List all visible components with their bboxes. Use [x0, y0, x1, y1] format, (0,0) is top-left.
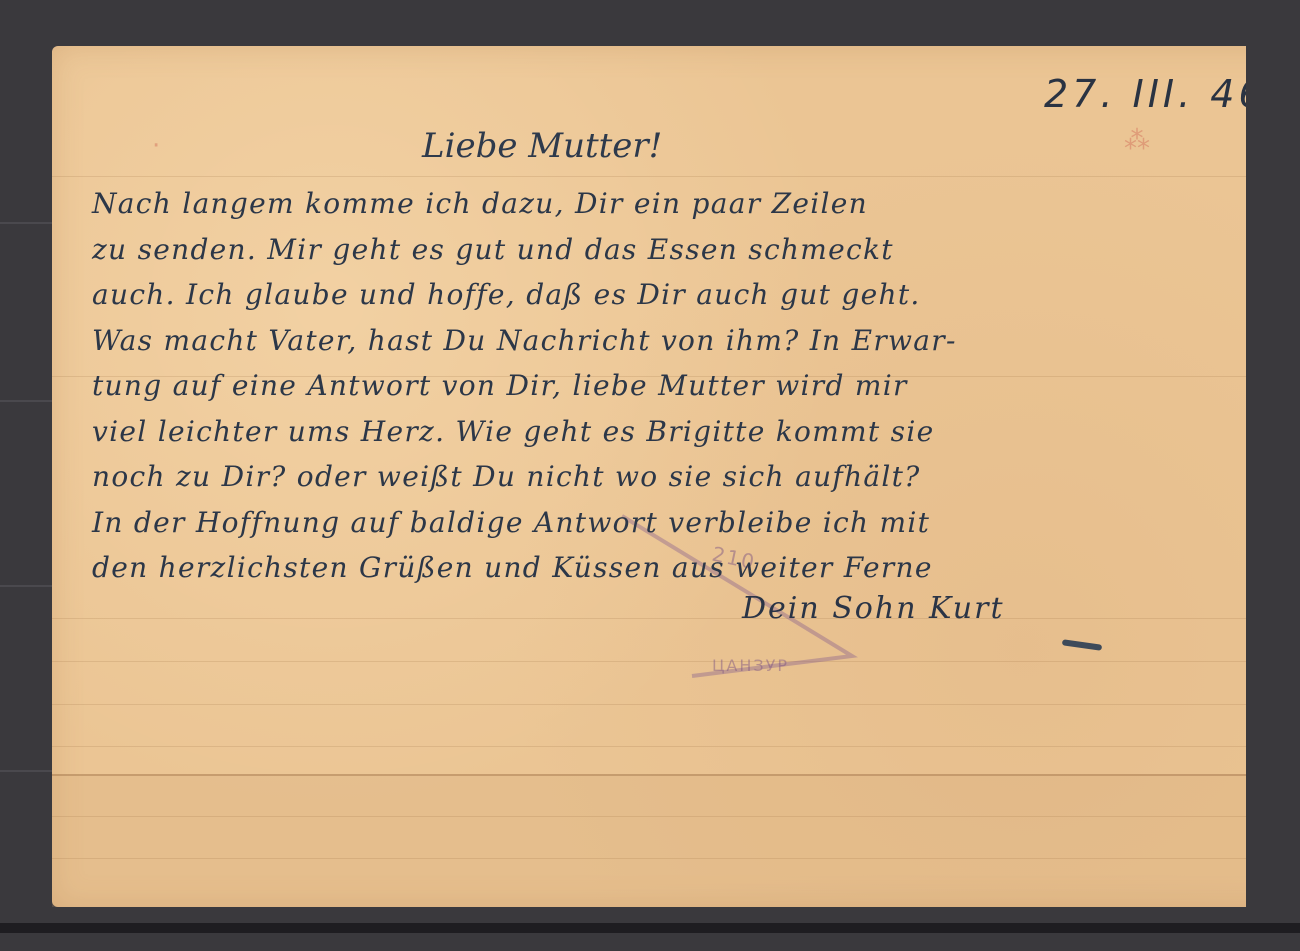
letter-line: Was macht Vater, hast Du Nachricht von i… — [92, 318, 1212, 364]
letter-line: viel leichter ums Herz. Wie geht es Brig… — [92, 409, 1212, 455]
signature: Dein Sohn Kurt — [742, 591, 1005, 626]
panel-divider — [52, 774, 1248, 776]
stamp-text: ЦАНЗУР — [712, 656, 789, 675]
faded-red-mark: · — [152, 131, 160, 161]
signature-flourish — [1062, 639, 1102, 651]
postcard: ⁂ · 210 ЦАНЗУР 27. III. 46. Liebe Mutter… — [52, 46, 1300, 907]
address-panel — [52, 774, 1248, 907]
letter-line: tung auf eine Antwort von Dir, liebe Mut… — [92, 363, 1212, 409]
album-mount-strip — [0, 923, 1300, 933]
letter-body: Nach langem komme ich dazu, Dir ein paar… — [92, 181, 1212, 591]
letter-line: auch. Ich glaube und hoffe, daß es Dir a… — [92, 272, 1212, 318]
album-background-right — [1246, 46, 1300, 907]
printed-line — [52, 816, 1248, 817]
printed-line — [52, 746, 1248, 747]
letter-line: In der Hoffnung auf baldige Antwort verb… — [92, 500, 1212, 546]
salutation: Liebe Mutter! — [422, 126, 662, 166]
printed-line — [52, 176, 1248, 177]
letter-line: zu senden. Mir geht es gut und das Essen… — [92, 227, 1212, 273]
letter-line: noch zu Dir? oder weißt Du nicht wo sie … — [92, 454, 1212, 500]
letter-line: den herzlichsten Grüßen und Küssen aus w… — [92, 545, 1212, 591]
printed-line — [52, 858, 1248, 859]
printed-line — [52, 704, 1248, 705]
letter-line: Nach langem komme ich dazu, Dir ein paar… — [92, 181, 1212, 227]
faded-red-postmark: ⁂ — [1124, 126, 1150, 156]
